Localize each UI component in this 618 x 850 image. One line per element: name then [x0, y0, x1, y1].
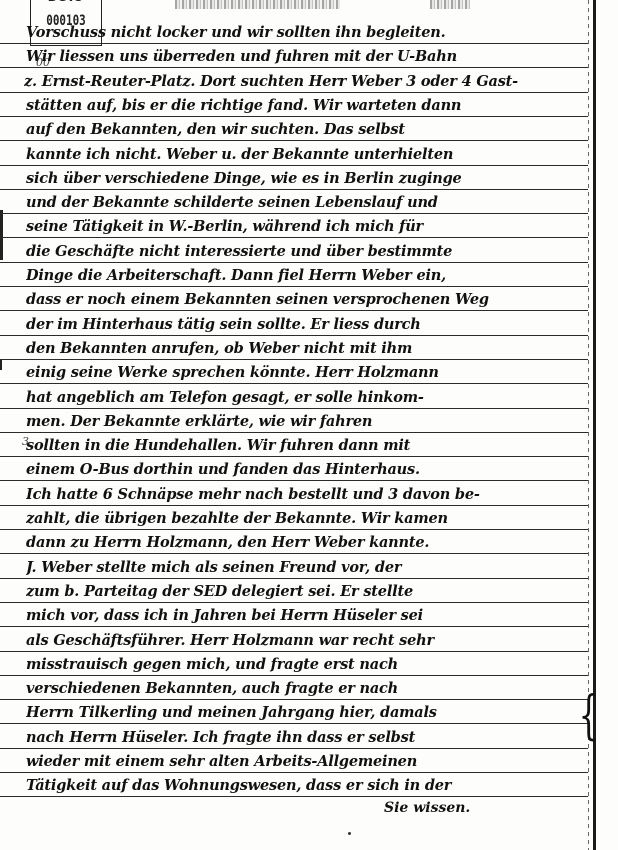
ink-dot	[348, 832, 351, 835]
handwritten-line: dann zu Herrn Holzmann, den Herr Weber k…	[26, 534, 586, 551]
handwritten-line: hat angeblich am Telefon gesagt, er soll…	[26, 389, 586, 406]
handwritten-line: Tätigkeit auf das Wohnungswesen, dass er…	[26, 777, 586, 794]
ruled-line	[0, 67, 588, 68]
ruled-line	[0, 286, 588, 287]
handwritten-line: Dinge die Arbeiterschaft. Dann fiel Herr…	[26, 267, 586, 284]
handwritten-line: zum b. Parteitag der SED delegiert sei. …	[26, 583, 586, 600]
closing-text: Sie wissen.	[384, 800, 470, 816]
handwritten-line: z. Ernst-Reuter-Platz. Dort suchten Herr…	[24, 73, 584, 90]
handwritten-line: einem O-Bus dorthin und fanden das Hinte…	[26, 461, 586, 478]
ruled-line	[0, 529, 588, 530]
ruled-line	[0, 432, 588, 433]
ruled-line	[0, 116, 588, 117]
ruled-line	[0, 772, 588, 773]
handwritten-line: und der Bekannte schilderte seinen Leben…	[26, 194, 586, 211]
handwritten-line: mich vor, dass ich in Jahren bei Herrn H…	[26, 607, 586, 624]
handwritten-line: zahlt, die übrigen bezahlte der Bekannte…	[26, 510, 586, 527]
ruled-line	[0, 140, 588, 141]
ruled-line	[0, 92, 588, 93]
photocopy-smudge	[175, 0, 340, 9]
ruled-line	[0, 651, 588, 652]
ruled-line	[0, 383, 588, 384]
ruled-line	[0, 237, 588, 238]
ruled-line	[0, 310, 588, 311]
ruled-line	[0, 748, 588, 749]
ruled-line	[0, 602, 588, 603]
handwritten-line: den Bekannten anrufen, ob Weber nicht mi…	[26, 340, 586, 357]
ruled-line	[0, 675, 588, 676]
handwritten-line: kannte ich nicht. Weber u. der Bekannte …	[26, 146, 586, 163]
handwritten-line: sich über verschiedene Dinge, wie es in …	[26, 170, 586, 187]
handwritten-line: auf den Bekannten, den wir suchten. Das …	[26, 121, 586, 138]
ruled-line	[0, 796, 588, 797]
paper-left-edge-mark	[0, 210, 3, 260]
handwritten-line: Wir liessen uns überreden und fuhren mit…	[26, 48, 586, 65]
ruled-line	[0, 189, 588, 190]
ruled-line	[0, 723, 588, 724]
ruled-line	[0, 480, 588, 481]
handwritten-line: verschiedenen Bekannten, auch fragte er …	[26, 680, 586, 697]
ruled-line	[0, 335, 588, 336]
handwritten-line: Herrn Tilkerling und meinen Jahrgang hie…	[26, 704, 586, 721]
handwritten-line: Ich hatte 6 Schnäpse mehr nach bestellt …	[26, 486, 586, 503]
ruled-line	[0, 505, 588, 506]
ruled-line	[0, 553, 588, 554]
handwritten-line: die Geschäfte nicht interessierte und üb…	[26, 243, 586, 260]
ruled-line	[0, 408, 588, 409]
handwritten-line: J. Weber stellte mich als seinen Freund …	[26, 559, 586, 576]
handwritten-line: stätten auf, bis er die richtige fand. W…	[26, 97, 586, 114]
ruled-line	[0, 456, 588, 457]
handwritten-line: nach Herrn Hüseler. Ich fragte ihn dass …	[26, 729, 586, 746]
ruled-line	[0, 578, 588, 579]
handwritten-line: einig seine Werke sprechen könnte. Herr …	[26, 364, 586, 381]
handwritten-line: der im Hinterhaus tätig sein sollte. Er …	[26, 316, 586, 333]
handwritten-line: seine Tätigkeit in W.-Berlin, während ic…	[26, 218, 586, 235]
handwritten-line: Vorschuss nicht locker und wir sollten i…	[26, 24, 586, 41]
paper-left-edge-mark	[0, 360, 2, 370]
ruled-line	[0, 699, 588, 700]
ruled-line	[0, 626, 588, 627]
brace-annotation: {	[579, 690, 599, 742]
handwritten-line: als Geschäftsführer. Herr Holzmann war r…	[26, 632, 586, 649]
handwritten-line: wieder mit einem sehr alten Arbeits-Allg…	[26, 753, 586, 770]
photocopy-smudge	[430, 0, 470, 9]
handwritten-line: sollten in die Hundehallen. Wir fuhren d…	[26, 437, 586, 454]
stamp-organization: BStU	[31, 0, 101, 3]
ruled-line	[0, 213, 588, 214]
ruled-line	[0, 359, 588, 360]
handwritten-line: misstrauisch gegen mich, und fragte erst…	[26, 656, 586, 673]
document-page: BStU 000103 00 3 Vorschuss nicht locker …	[0, 0, 618, 850]
handwritten-line: dass er noch einem Bekannten seinen vers…	[26, 291, 586, 308]
handwritten-line: men. Der Bekannte erklärte, wie wir fahr…	[26, 413, 586, 430]
ruled-line	[0, 262, 588, 263]
ruled-line	[0, 165, 588, 166]
